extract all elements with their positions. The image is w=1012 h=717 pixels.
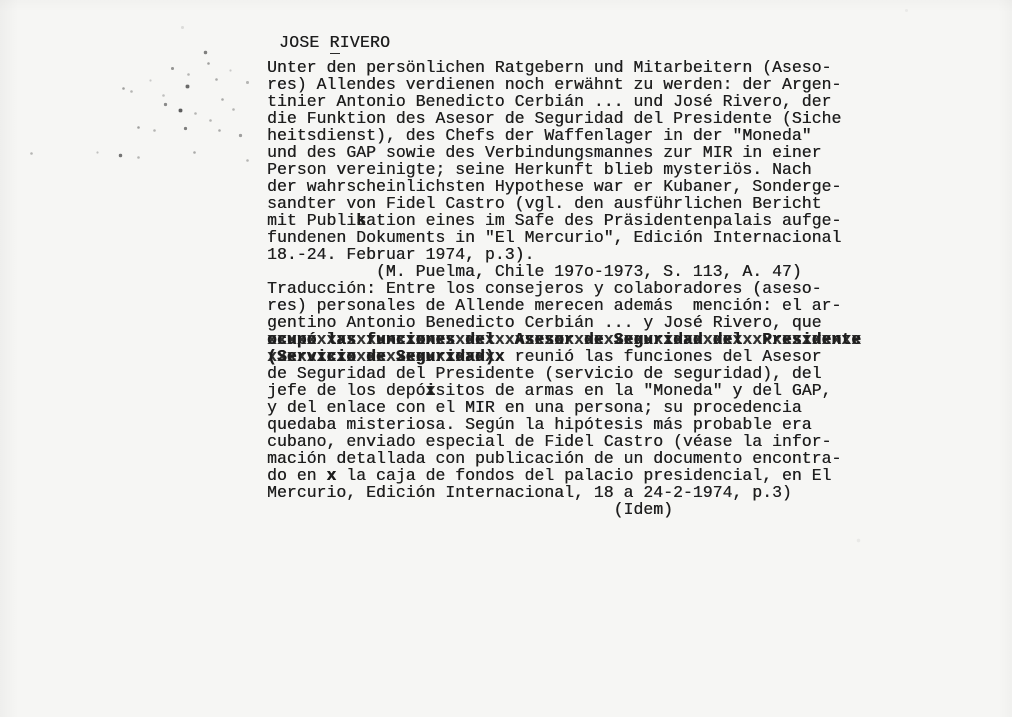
german-line: sandter von Fidel Castro (vgl. den ausfü…: [267, 195, 861, 212]
german-line: Unter den persönlichen Ratgebern und Mit…: [267, 59, 861, 76]
struck-out-text: ocupó las funciones del Asesor de Seguri…: [267, 331, 861, 348]
german-line: der wahrscheinlichsten Hypothese war er …: [267, 178, 861, 195]
spanish-line: mación detallada con publicación de un d…: [267, 450, 861, 467]
struck-out-text: ks: [356, 212, 366, 229]
struck-out-text: (Servicio de Seguridad)xxxxxxxxxxxxxxxxx…: [267, 348, 505, 365]
scanned-document-page: JOSE RIVERO Unter den persönlichen Ratge…: [0, 0, 1012, 717]
spanish-line: Traducción: Entre los consejeros y colab…: [267, 280, 861, 297]
german-line: heitsdienst), des Chefs der Waffenlager …: [267, 127, 861, 144]
spanish-line: cubano, enviado especial de Fidel Castro…: [267, 433, 861, 450]
title-text-rest: IVERO: [340, 33, 391, 52]
text-segment: Mercurio, Edición Internacional, 18 a 24…: [267, 483, 792, 502]
spanish-line: res) personales de Allende merecen ademá…: [267, 297, 861, 314]
spanish-line: quedaba misteriosa. Según la hipótesis m…: [267, 416, 861, 433]
document-title: JOSE RIVERO: [267, 34, 861, 51]
german-line: mit Publiksation eines im Safe des Präsi…: [267, 212, 861, 229]
struck-out-text: ix: [425, 382, 435, 399]
spanish-line: jefe de los depóixsitos de armas en la "…: [267, 382, 861, 399]
struck-out-text: xx: [326, 467, 336, 484]
title-text-pre: JOSE: [279, 33, 330, 52]
german-line: tinier Antonio Benedicto Cerbián ... und…: [267, 93, 861, 110]
document-body: Unter den persönlichen Ratgebern und Mit…: [267, 59, 861, 518]
struck-line: (Servicio de Seguridad)xxxxxxxxxxxxxxxxx…: [267, 348, 861, 365]
scan-noise-specks: [0, 0, 1, 1]
strikeover-x-marks: x: [326, 467, 336, 484]
german-line: und des GAP sowie des Verbindungsmannes …: [267, 144, 861, 161]
german-line: res) Allendes verdienen noch erwähnt zu …: [267, 76, 861, 93]
german-line: Person vereinigte; seine Herkunft blieb …: [267, 161, 861, 178]
document-content: JOSE RIVERO Unter den persönlichen Ratge…: [267, 34, 861, 518]
spanish-line: do en xx la caja de fondos del palacio p…: [267, 467, 861, 484]
title-underlined-letter: R: [330, 33, 340, 54]
idem-line: (Idem): [267, 501, 861, 518]
german-line: die Funktion des Asesor de Seguridad del…: [267, 110, 861, 127]
spanish-line: Mercurio, Edición Internacional, 18 a 24…: [267, 484, 861, 501]
strikeover-x-marks: s: [356, 212, 366, 229]
text-segment: (Idem): [614, 500, 673, 519]
citation-line: (M. Puelma, Chile 197o-1973, S. 113, A. …: [267, 263, 861, 280]
strikeover-x-marks: xxxxxxxxxxxxxxxxxxxxxxxxxxxxxxxxxxxxxxxx…: [267, 331, 861, 348]
spanish-line: gentino Antonio Benedicto Cerbián ... y …: [267, 314, 861, 331]
spanish-line: de Seguridad del Presidente (servicio de…: [267, 365, 861, 382]
strikeover-x-marks: xxxxxxxxxxxxxxxxxxxxxxxx: [267, 348, 505, 365]
spanish-line: y del enlace con el MIR en una persona; …: [267, 399, 861, 416]
german-line: fundenen Dokuments in "El Mercurio", Edi…: [267, 229, 861, 246]
struck-line: ocupó las funciones del Asesor de Seguri…: [267, 331, 861, 348]
german-line: 18.-24. Februar 1974, p.3).: [267, 246, 861, 263]
strikeover-x-marks: x: [425, 382, 435, 399]
